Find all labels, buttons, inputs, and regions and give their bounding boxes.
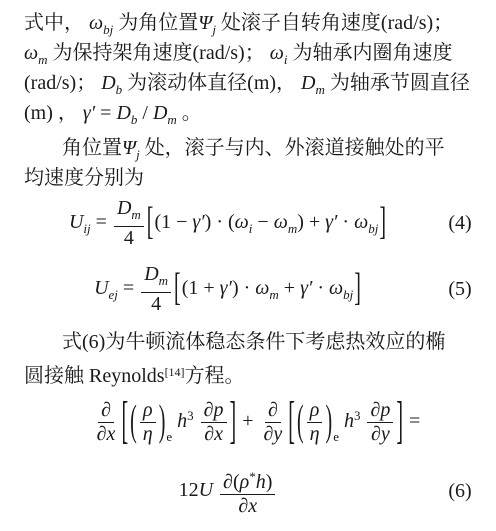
math-token: m xyxy=(38,52,47,67)
math-token: ∂x xyxy=(97,423,116,445)
math-token: = xyxy=(118,277,139,299)
math-token: 。 xyxy=(177,102,202,124)
math-token: + xyxy=(279,277,300,299)
text-line: (rad/s)； Db 为滚动体直径(m)， Dm 为轴承节圆直径 xyxy=(24,68,488,98)
math-token: 方程。 xyxy=(185,365,245,387)
math-token: ] xyxy=(230,392,237,452)
text-line: 角位置Ψj 处，滚子与内、外滚道接触处的平 xyxy=(24,133,488,163)
math-token: D xyxy=(116,102,130,124)
math-token: ) · ( xyxy=(205,211,235,233)
text-line: (m) ， γ′ = Db / Dm 。 xyxy=(24,98,488,128)
math-token: 式(6)为牛顿流体稳态条件下考虑热效应的椭 xyxy=(62,331,445,353)
math-token: 式中， xyxy=(24,12,89,34)
math-token: − xyxy=(252,211,273,233)
math-token xyxy=(213,479,218,501)
math-token: ( xyxy=(297,397,304,446)
equation-5-body: Uej = Dm4[(1 + γ′) · ωm + γ′ · ωbj] xyxy=(24,263,432,316)
math-token: γ′ xyxy=(220,277,232,299)
equation-4: Uij = Dm4[(1 − γ′) · (ωi − ωm) + γ′ · ωb… xyxy=(24,198,488,248)
math-token: ] xyxy=(379,201,386,246)
fraction: ∂∂y xyxy=(261,399,286,446)
math-token: · xyxy=(337,211,354,233)
math-token: D xyxy=(144,263,158,285)
equation-5-number: (5) xyxy=(432,278,488,301)
math-token: γ′ xyxy=(192,211,204,233)
math-token: ∂p xyxy=(370,399,390,421)
math-token: ω xyxy=(354,211,368,233)
text-line: 均速度分别为 xyxy=(24,163,488,193)
math-token: m xyxy=(167,112,176,127)
math-token xyxy=(194,410,199,432)
math-token: ) xyxy=(159,397,166,446)
math-token: [14] xyxy=(165,365,185,379)
math-token: 为滚动体直径(m)， xyxy=(122,72,301,94)
math-token: ) xyxy=(266,471,273,493)
math-token: ρ xyxy=(240,471,250,493)
math-token xyxy=(360,410,365,432)
math-token: ω xyxy=(235,211,249,233)
paragraph-mean-velocity-intro: 角位置Ψj 处，滚子与内、外滚道接触处的平 均速度分别为 xyxy=(24,133,488,193)
math-token: ∂ xyxy=(268,399,278,421)
math-token: ω xyxy=(274,211,288,233)
math-token: h xyxy=(344,410,354,432)
equation-6-line-1-body: ∂∂x[(ρη)e h3 ∂p∂x] + ∂∂y[(ρη)e h3 ∂p∂y] … xyxy=(24,399,488,446)
math-token: γ′ xyxy=(325,211,337,233)
math-token: ω xyxy=(24,42,38,64)
fraction: Dm4 xyxy=(114,197,144,250)
math-token: 角位置 xyxy=(62,137,122,159)
equation-4-number: (4) xyxy=(432,212,488,235)
math-token: ∂y xyxy=(371,423,390,445)
text-line: 式(6)为牛顿流体稳态条件下考虑热效应的椭 xyxy=(24,327,488,357)
fraction: ∂(ρ*h)∂x xyxy=(220,465,275,518)
math-token: γ′ xyxy=(83,102,95,124)
equation-6-line-2-body: 12U ∂(ρ*h)∂x xyxy=(24,465,432,518)
text-line: 式中， ωbj 为角位置Ψj 处滚子自转角速度(rad/s)； xyxy=(24,8,488,38)
math-token: 处滚子自转角速度(rad/s)； xyxy=(216,12,453,34)
math-token: 为轴承内圈角速度 xyxy=(287,42,452,64)
math-token: = xyxy=(95,102,116,124)
math-token: Ψ xyxy=(122,137,136,159)
math-token: h xyxy=(177,410,187,432)
math-token: (1 − xyxy=(154,211,192,233)
math-token: 4 xyxy=(124,227,134,249)
math-token: [ xyxy=(121,392,128,452)
math-token: 12 xyxy=(179,479,199,501)
math-token: ) xyxy=(326,397,333,446)
math-token: 处，滚子与内、外滚道接触处的平 xyxy=(140,137,445,159)
math-token: ∂ xyxy=(101,399,111,421)
equation-6-line-1: ∂∂x[(ρη)e h3 ∂p∂x] + ∂∂y[(ρη)e h3 ∂p∂y] … xyxy=(24,390,488,454)
math-token: ) + xyxy=(297,211,325,233)
text-line: 圆接触 Reynolds[14]方程。 xyxy=(24,357,488,387)
fraction: ∂∂x xyxy=(94,399,119,446)
math-token: ( xyxy=(233,471,240,493)
math-token: + xyxy=(237,410,258,432)
text-line: ωm 为保持架角速度(rad/s)； ωi 为轴承内圈角速度 xyxy=(24,38,488,68)
math-token: bj xyxy=(368,221,378,236)
math-token: ∂y xyxy=(264,423,283,445)
math-token: D xyxy=(101,72,115,94)
math-token: U xyxy=(94,277,108,299)
math-token: 均速度分别为 xyxy=(24,167,144,189)
math-token: ∂x xyxy=(204,423,223,445)
math-token: ∂x xyxy=(238,495,257,517)
math-token: 4 xyxy=(151,293,161,315)
math-token: h xyxy=(256,471,266,493)
document-page: 式中， ωbj 为角位置Ψj 处滚子自转角速度(rad/s)； ωm 为保持架角… xyxy=(0,0,496,520)
math-token: D xyxy=(301,72,315,94)
math-token: Ψ xyxy=(198,12,212,34)
math-token: ] xyxy=(354,267,361,312)
equation-5: Uej = Dm4[(1 + γ′) · ωm + γ′ · ωbj] (5) xyxy=(24,264,488,314)
math-token: ω xyxy=(270,42,284,64)
math-token: D xyxy=(153,102,167,124)
math-token: 圆接触 Reynolds xyxy=(24,365,165,387)
equation-6-line-2: 12U ∂(ρ*h)∂x (6) xyxy=(24,462,488,520)
math-token: bj xyxy=(103,22,113,37)
math-token: / xyxy=(137,102,153,124)
math-token: ] xyxy=(396,392,403,452)
math-token: (1 + xyxy=(182,277,220,299)
math-token: η xyxy=(143,423,153,445)
fraction: ∂p∂y xyxy=(367,399,393,446)
math-token: m xyxy=(288,221,297,236)
math-token: [ xyxy=(174,267,181,312)
paragraph-reynolds-intro: 式(6)为牛顿流体稳态条件下考虑热效应的椭 圆接触 Reynolds[14]方程… xyxy=(24,327,488,387)
math-token: ij xyxy=(83,221,90,236)
math-token: m xyxy=(316,82,325,97)
math-token: 3 xyxy=(187,408,194,423)
equation-4-body: Uij = Dm4[(1 − γ′) · (ωi − ωm) + γ′ · ωb… xyxy=(24,197,432,250)
math-token: D xyxy=(117,197,131,219)
equation-6-number: (6) xyxy=(432,480,488,503)
math-token: = xyxy=(91,211,112,233)
math-token: m xyxy=(269,287,278,302)
math-token: m xyxy=(131,207,140,222)
math-token: ∂p xyxy=(204,399,224,421)
math-token: (rad/s)； xyxy=(24,72,101,94)
math-token: ω xyxy=(255,277,269,299)
fraction: ∂p∂x xyxy=(201,399,227,446)
paragraph-symbol-definitions: 式中， ωbj 为角位置Ψj 处滚子自转角速度(rad/s)； ωm 为保持架角… xyxy=(24,8,488,128)
fraction: ρη xyxy=(307,399,323,446)
math-token: ρ xyxy=(143,399,153,421)
math-token: U xyxy=(69,211,83,233)
math-token: 为轴承节圆直径 xyxy=(325,72,470,94)
math-token: m xyxy=(159,273,168,288)
math-token: [ xyxy=(288,392,295,452)
math-token: ∂ xyxy=(223,471,233,493)
math-token: ω xyxy=(89,12,103,34)
math-token: · xyxy=(312,277,329,299)
math-token: 为保持架角速度(rad/s)； xyxy=(48,42,270,64)
math-token: ρ xyxy=(310,399,320,421)
fraction: ρη xyxy=(140,399,156,446)
math-token: γ′ xyxy=(300,277,312,299)
math-token: ej xyxy=(109,287,118,302)
math-token: η xyxy=(310,423,320,445)
fraction: Dm4 xyxy=(141,263,171,316)
math-token: 为角位置 xyxy=(113,12,198,34)
math-token: [ xyxy=(147,201,154,246)
math-token: bj xyxy=(343,287,353,302)
math-token: ( xyxy=(130,397,137,446)
math-token: (m) ， xyxy=(24,102,83,124)
math-token: ) · xyxy=(232,277,255,299)
math-token: = xyxy=(404,410,420,432)
math-token: U xyxy=(199,479,213,501)
math-token: ω xyxy=(329,277,343,299)
